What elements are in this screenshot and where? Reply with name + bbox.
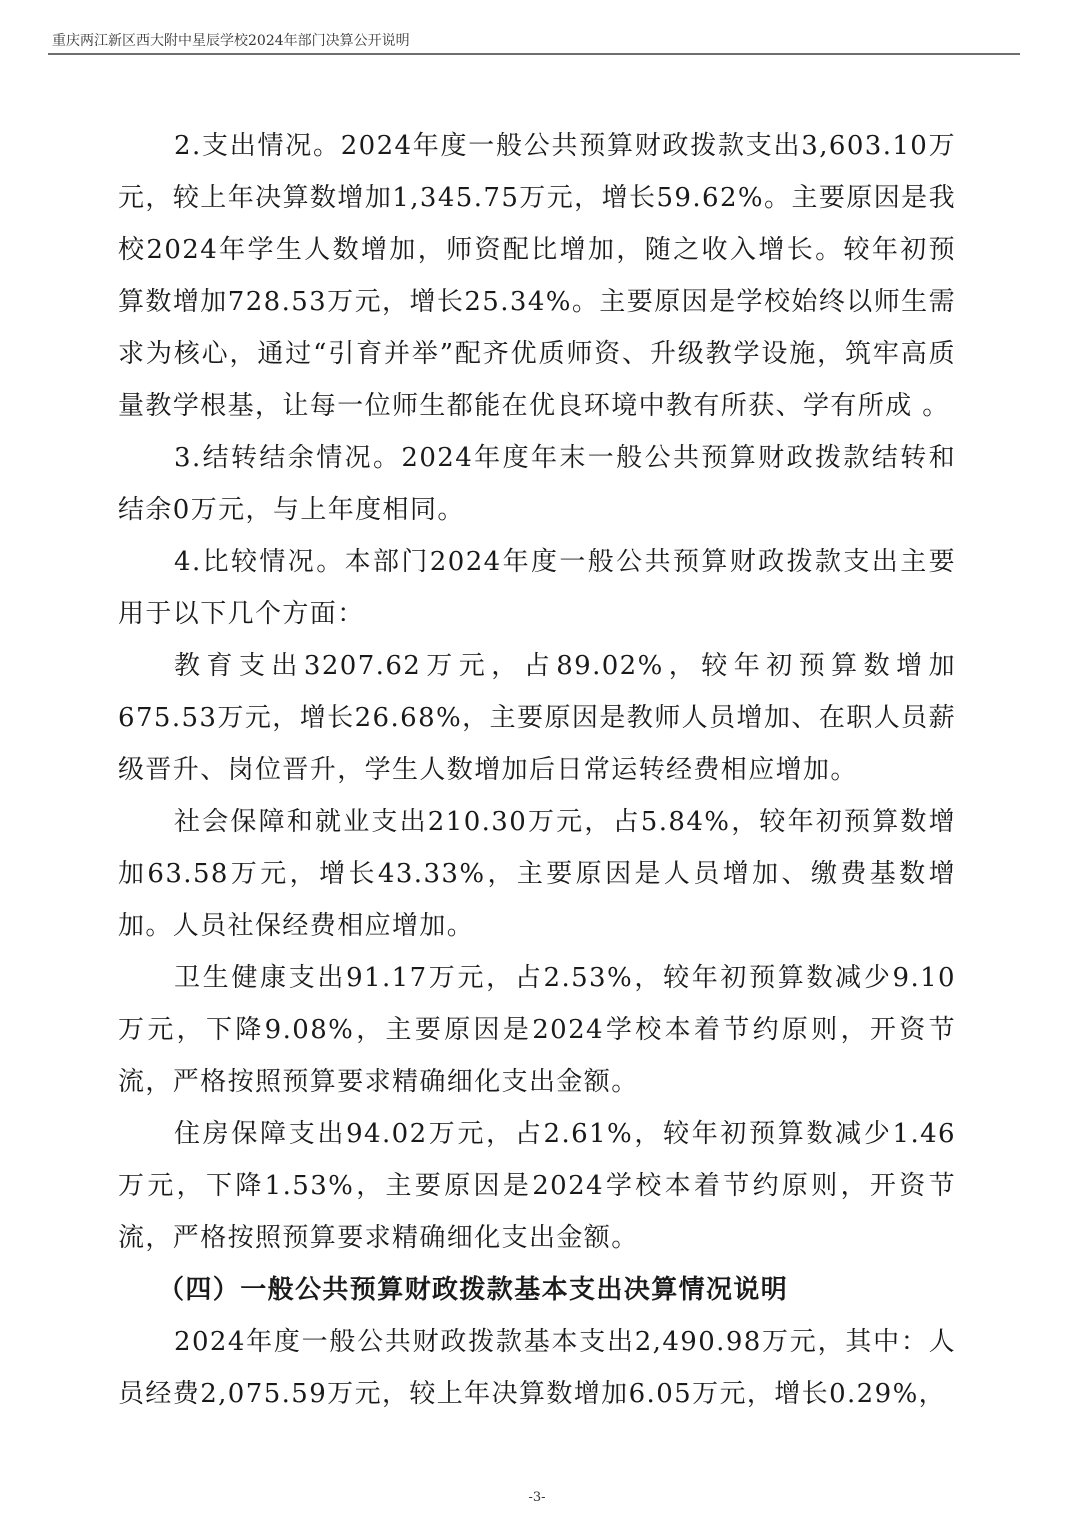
- document-body: 2.支出情况。2024年度一般公共预算财政拨款支出3,603.10万元，较上年决…: [118, 120, 956, 1420]
- running-header: 重庆两江新区西大附中星辰学校2024年部门决算公开说明: [52, 30, 410, 50]
- paragraph-basic-expenditure: 2024年度一般公共财政拨款基本支出2,490.98万元，其中：人员经费2,07…: [118, 1316, 956, 1420]
- paragraph-health: 卫生健康支出91.17万元，占2.53%，较年初预算数减少9.10万元，下降9.…: [118, 952, 956, 1108]
- paragraph-carryover: 3.结转结余情况。2024年度年末一般公共预算财政拨款结转和结余0万元，与上年度…: [118, 432, 956, 536]
- paragraph-expenditure: 2.支出情况。2024年度一般公共预算财政拨款支出3,603.10万元，较上年决…: [118, 120, 956, 432]
- paragraph-comparison: 4.比较情况。本部门2024年度一般公共预算财政拨款支出主要用于以下几个方面：: [118, 536, 956, 640]
- section-heading-basic-expenditure: （四）一般公共预算财政拨款基本支出决算情况说明: [118, 1264, 956, 1316]
- paragraph-housing: 住房保障支出94.02万元，占2.61%，较年初预算数减少1.46万元，下降1.…: [118, 1108, 956, 1264]
- header-divider: [48, 53, 1020, 55]
- paragraph-social-security: 社会保障和就业支出210.30万元，占5.84%，较年初预算数增加63.58万元…: [118, 796, 956, 952]
- paragraph-education: 教育支出3207.62万元，占89.02%，较年初预算数增加675.53万元，增…: [118, 640, 956, 796]
- page-number: -3-: [0, 1490, 1074, 1505]
